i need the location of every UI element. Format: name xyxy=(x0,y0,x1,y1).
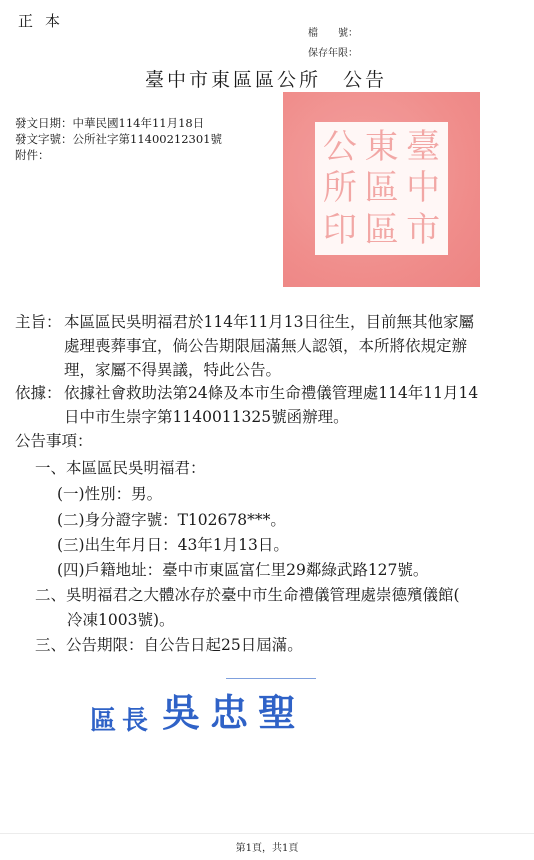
attachment-label: 附件： xyxy=(15,147,50,163)
seal-char: 市 xyxy=(402,209,444,251)
retention-period-label: 保存年限： xyxy=(308,44,358,59)
notice-subitem: (一)性別：男。 xyxy=(57,483,162,505)
notice-subitem: (二)身分證字號：T102678***。 xyxy=(57,509,286,531)
notice-label: 公告事項： xyxy=(15,430,93,452)
basis-line: 依據社會救助法第24條及本市生命禮儀管理處114年11月14 xyxy=(64,382,478,404)
seal-char: 臺 xyxy=(402,126,444,168)
issue-number: 發文字號：公所社字第11400212301號 xyxy=(15,131,222,147)
subject-line: 處理喪葬事宜，倘公告期限屆滿無人認領，本所將依規定辦 xyxy=(64,335,467,357)
seal-char: 中 xyxy=(402,168,444,210)
seal-char: 區 xyxy=(361,168,403,210)
seal-char: 東 xyxy=(361,126,403,168)
seal-inner-square: 臺 中 市 東 區 區 公 所 印 xyxy=(315,122,448,255)
subject-label: 主旨： xyxy=(15,311,62,333)
file-number-label: 檔 號： xyxy=(308,24,358,39)
signature-name: 吳忠聖 xyxy=(162,682,306,737)
signature-stroke xyxy=(226,678,316,679)
copy-mark: 正本 xyxy=(18,10,72,31)
official-seal: 臺 中 市 東 區 區 公 所 印 xyxy=(283,92,480,287)
seal-char: 區 xyxy=(361,209,403,251)
agency-name: 臺中市東區區公所 xyxy=(145,69,321,91)
signature-title: 區長 xyxy=(90,700,154,737)
chief-signature: 區長 吳忠聖 xyxy=(90,682,306,737)
subject-line: 本區區民吳明福君於114年11月13日往生，目前無其他家屬 xyxy=(64,311,474,333)
document-title: 臺中市東區區公所公告 xyxy=(145,65,387,92)
notice-item-2: 二、吳明福君之大體冰存於臺中市生命禮儀管理處崇德殯儀館( xyxy=(35,584,460,606)
basis-label: 依據： xyxy=(15,382,62,404)
seal-char: 公 xyxy=(319,126,361,168)
notice-subitem: (三)出生年月日：43年1月13日。 xyxy=(57,534,289,556)
page-number: 第1頁，共1頁 xyxy=(0,839,534,854)
notice-subitem: (四)戶籍地址：臺中市東區富仁里29鄰綠武路127號。 xyxy=(57,559,428,581)
seal-char: 所 xyxy=(319,168,361,210)
subject-line: 理，家屬不得異議，特此公告。 xyxy=(64,359,281,381)
seal-characters: 臺 中 市 東 區 區 公 所 印 xyxy=(319,126,444,251)
footer-divider xyxy=(0,833,534,834)
notice-item-2-continued: 冷凍1003號)。 xyxy=(67,609,175,631)
notice-item-3: 三、公告期限：自公告日起25日屆滿。 xyxy=(35,634,303,656)
seal-char: 印 xyxy=(319,209,361,251)
notice-item-1: 一、本區區民吳明福君： xyxy=(35,457,206,479)
document-type: 公告 xyxy=(343,69,387,91)
basis-line: 日中市生崇字第1140011325號函辦理。 xyxy=(64,406,349,428)
issue-date: 發文日期：中華民國114年11月18日 xyxy=(15,115,204,131)
